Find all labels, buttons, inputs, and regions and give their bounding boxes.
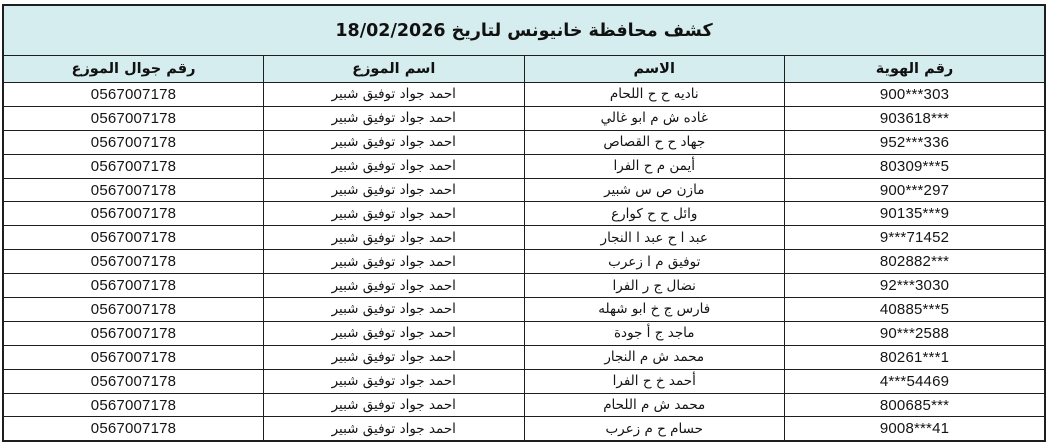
person-name-cell: فارس ج خ ابو شهله — [524, 298, 785, 322]
distributor-phone-cell: 0567007178 — [3, 154, 264, 178]
distributor-phone-cell: 0567007178 — [3, 226, 264, 250]
distributor-name-cell: احمد جواد توفيق شبير — [264, 345, 525, 369]
table-row: 9***71452عبد ا ح عبد ا النجاراحمد جواد ت… — [3, 226, 1045, 250]
table-row: 900***297مازن ص س شبيراحمد جواد توفيق شب… — [3, 178, 1045, 202]
distributor-name-cell: احمد جواد توفيق شبير — [264, 226, 525, 250]
person-name-cell: ناديه ح ح اللحام — [524, 83, 785, 107]
distributor-phone-cell: 0567007178 — [3, 130, 264, 154]
table-row: 952***336جهاد ح ح القصاصاحمد جواد توفيق … — [3, 130, 1045, 154]
header-distributor-name: اسم الموزع — [264, 56, 525, 83]
distributor-name-cell: احمد جواد توفيق شبير — [264, 178, 525, 202]
table-body: 900***303ناديه ح ح اللحاماحمد جواد توفيق… — [3, 83, 1045, 442]
table-row: 903618***غاده ش م ابو غالياحمد جواد توفي… — [3, 106, 1045, 130]
id-number-cell: 9***71452 — [785, 226, 1046, 250]
person-name-cell: غاده ش م ابو غالي — [524, 106, 785, 130]
table-row: 92***3030نضال ج ر الفرااحمد جواد توفيق ش… — [3, 274, 1045, 298]
table-row: 90135***9وائل ح ح كوارعاحمد جواد توفيق ش… — [3, 202, 1045, 226]
person-name-cell: نضال ج ر الفرا — [524, 274, 785, 298]
distributor-name-cell: احمد جواد توفيق شبير — [264, 298, 525, 322]
distributor-name-cell: احمد جواد توفيق شبير — [264, 417, 525, 441]
person-name-cell: جهاد ح ح القصاص — [524, 130, 785, 154]
person-name-cell: وائل ح ح كوارع — [524, 202, 785, 226]
header-distributor-phone: رقم جوال الموزع — [3, 56, 264, 83]
distributor-phone-cell: 0567007178 — [3, 106, 264, 130]
table-row: 900***303ناديه ح ح اللحاماحمد جواد توفيق… — [3, 83, 1045, 107]
table-row: 800685***محمد ش م اللحاماحمد جواد توفيق … — [3, 393, 1045, 417]
distributor-phone-cell: 0567007178 — [3, 83, 264, 107]
person-name-cell: أيمن م ح الفرا — [524, 154, 785, 178]
table-header-row: رقم الهوية الاسم اسم الموزع رقم جوال الم… — [3, 56, 1045, 83]
id-number-cell: 90135***9 — [785, 202, 1046, 226]
distributor-phone-cell: 0567007178 — [3, 417, 264, 441]
id-number-cell: 80261***1 — [785, 345, 1046, 369]
id-number-cell: 952***336 — [785, 130, 1046, 154]
id-number-cell: 900***297 — [785, 178, 1046, 202]
person-name-cell: عبد ا ح عبد ا النجار — [524, 226, 785, 250]
distributor-phone-cell: 0567007178 — [3, 393, 264, 417]
header-id-number: رقم الهوية — [785, 56, 1046, 83]
distributor-name-cell: احمد جواد توفيق شبير — [264, 154, 525, 178]
distributor-phone-cell: 0567007178 — [3, 298, 264, 322]
distributor-name-cell: احمد جواد توفيق شبير — [264, 250, 525, 274]
person-name-cell: محمد ش م النجار — [524, 345, 785, 369]
id-number-cell: 40885***5 — [785, 298, 1046, 322]
distributor-phone-cell: 0567007178 — [3, 178, 264, 202]
person-name-cell: حسام ح م زعرب — [524, 417, 785, 441]
table-row: 80309***5أيمن م ح الفرااحمد جواد توفيق ش… — [3, 154, 1045, 178]
id-number-cell: 90***2588 — [785, 321, 1046, 345]
table-row: 802882***توفيق م ا زعرباحمد جواد توفيق ش… — [3, 250, 1045, 274]
table-row: 90***2588ماجد ج أ جودةاحمد جواد توفيق شب… — [3, 321, 1045, 345]
distributor-name-cell: احمد جواد توفيق شبير — [264, 202, 525, 226]
table-row: 80261***1محمد ش م النجاراحمد جواد توفيق … — [3, 345, 1045, 369]
id-number-cell: 80309***5 — [785, 154, 1046, 178]
distributor-name-cell: احمد جواد توفيق شبير — [264, 83, 525, 107]
id-number-cell: 4***54469 — [785, 369, 1046, 393]
distributor-name-cell: احمد جواد توفيق شبير — [264, 321, 525, 345]
distributor-name-cell: احمد جواد توفيق شبير — [264, 130, 525, 154]
distributor-name-cell: احمد جواد توفيق شبير — [264, 369, 525, 393]
person-name-cell: أحمد خ ح الفرا — [524, 369, 785, 393]
distributor-phone-cell: 0567007178 — [3, 321, 264, 345]
header-person-name: الاسم — [524, 56, 785, 83]
report-title: كشف محافظة خانيونس لتاريخ 18/02/2026 — [3, 5, 1045, 56]
id-number-cell: 92***3030 — [785, 274, 1046, 298]
person-name-cell: مازن ص س شبير — [524, 178, 785, 202]
table-row: 40885***5فارس ج خ ابو شهلهاحمد جواد توفي… — [3, 298, 1045, 322]
distributor-name-cell: احمد جواد توفيق شبير — [264, 393, 525, 417]
id-number-cell: 900***303 — [785, 83, 1046, 107]
distributor-phone-cell: 0567007178 — [3, 345, 264, 369]
distribution-table: كشف محافظة خانيونس لتاريخ 18/02/2026 رقم… — [2, 4, 1046, 442]
distributor-phone-cell: 0567007178 — [3, 250, 264, 274]
distributor-name-cell: احمد جواد توفيق شبير — [264, 106, 525, 130]
person-name-cell: ماجد ج أ جودة — [524, 321, 785, 345]
id-number-cell: 800685*** — [785, 393, 1046, 417]
report-page: كشف محافظة خانيونس لتاريخ 18/02/2026 رقم… — [0, 0, 1048, 446]
table-row: 9008***41حسام ح م زعرباحمد جواد توفيق شب… — [3, 417, 1045, 441]
distributor-phone-cell: 0567007178 — [3, 202, 264, 226]
id-number-cell: 9008***41 — [785, 417, 1046, 441]
distributor-phone-cell: 0567007178 — [3, 274, 264, 298]
distributor-phone-cell: 0567007178 — [3, 369, 264, 393]
person-name-cell: محمد ش م اللحام — [524, 393, 785, 417]
id-number-cell: 802882*** — [785, 250, 1046, 274]
title-row: كشف محافظة خانيونس لتاريخ 18/02/2026 — [3, 5, 1045, 56]
person-name-cell: توفيق م ا زعرب — [524, 250, 785, 274]
distributor-name-cell: احمد جواد توفيق شبير — [264, 274, 525, 298]
id-number-cell: 903618*** — [785, 106, 1046, 130]
table-row: 4***54469أحمد خ ح الفرااحمد جواد توفيق ش… — [3, 369, 1045, 393]
